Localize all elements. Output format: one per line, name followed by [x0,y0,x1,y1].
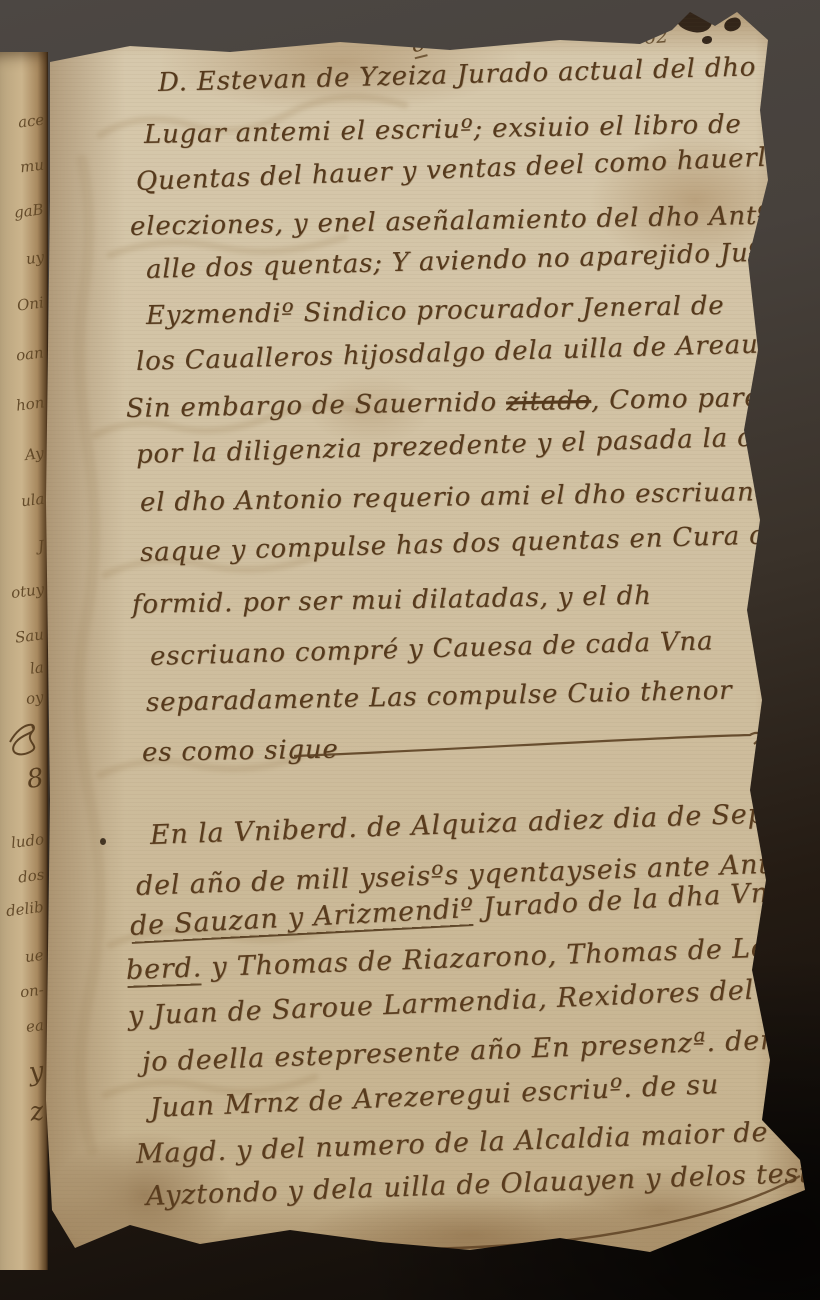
manuscript-line: es como sigue [142,735,339,768]
ink-blot [723,16,742,32]
ink-blot [673,3,715,37]
manuscript-line: Sin embargo de Sauernido zitado, Como pa… [126,382,792,424]
margin-fragment: ludo [10,830,45,852]
folio-number: 62 [643,25,669,49]
ink-dot [100,838,106,845]
manuscript-line: Eyzmendiº Sindico procurador Jeneral de [146,291,725,331]
manuscript-line: elecziones, y enel aseñalamiento del dho… [130,201,780,242]
margin-fragment: ue [24,946,45,966]
manuscript-line: por la diligenzia prezedente y el pasada… [136,422,793,470]
margin-fragment: Sau [14,625,45,646]
manuscript-line: saque y compulse has dos quentas en Cura… [140,519,809,568]
manuscript-line: alle dos quentas; Y aviendo no aparejido… [146,236,820,285]
margin-fragment: oy [25,688,45,708]
margin-fragment: z [29,1096,46,1127]
margin-fragment: ula [20,490,45,511]
margin-fragment: y [28,1056,46,1088]
facing-page-edge: ace mu gaB uy Oni oan hon Ay ula J otuy … [0,52,48,1270]
margin-fragment: mu [19,156,45,177]
line-text: , Como pareze [591,382,792,415]
line-text: Sin embargo de Sauernido [126,387,507,424]
manuscript-line: escriuano compré y Cauesa de cada Vna [150,626,714,672]
margin-fragment: J [37,537,45,556]
ink-blot [702,36,712,44]
margin-fragment: hon [15,393,45,414]
margin-fragment: ace [17,110,45,131]
margin-fragment: uy [25,248,45,268]
margin-fragment: la [29,658,45,678]
manuscript-line: el dho Antonio requerio ami el dho escri… [140,477,771,518]
margin-fragment: Ay [24,444,45,464]
manuscript-line: Lugar antemi el escriuº; exsiuio el libr… [144,110,742,150]
margin-fragment: 8 [26,763,46,795]
manuscript-line: D. Estevan de Yzeiza Jurado actual del d… [158,52,757,98]
margin-fragment: dos [17,865,45,886]
manuscript-photo: ace mu gaB uy Oni oan hon Ay ula J otuy … [0,0,820,1300]
underlined-phrase: berd. [125,952,202,986]
manuscript-line: En la Vniberd. de Alquiza adiez dia de S… [149,798,792,851]
ink-scribble [2,712,46,760]
closing-rule [292,728,772,762]
manuscript-line: los Caualleros hijosdalgo dela uilla de … [136,329,768,377]
manuscript-line: separadamente Las compulse Cuio thenor [146,676,733,718]
margin-fragment: on- [19,981,45,1002]
manuscript-line: formid. por ser mui dilatadas, y el dh [132,581,652,620]
margin-fragment: otuy [10,580,45,602]
margin-fragment: gaB [13,200,45,221]
margin-fragment: Oni [16,293,45,314]
margin-fragment: oan [15,343,45,364]
struck-word: zitado [506,386,592,417]
manuscript-line: Juan Mrnz de Arezeregui escriuº. de su [149,1069,719,1124]
rubric-mark: 8 [409,33,428,60]
margin-fragment: delib [5,898,45,920]
manuscript-page: 62 8 D. Estevan de Yzeiza Jurado actual … [40,10,810,1290]
margin-fragment: ea [25,1016,45,1036]
manuscript-line: Quentas del hauer y ventas deel como hau… [135,141,820,197]
